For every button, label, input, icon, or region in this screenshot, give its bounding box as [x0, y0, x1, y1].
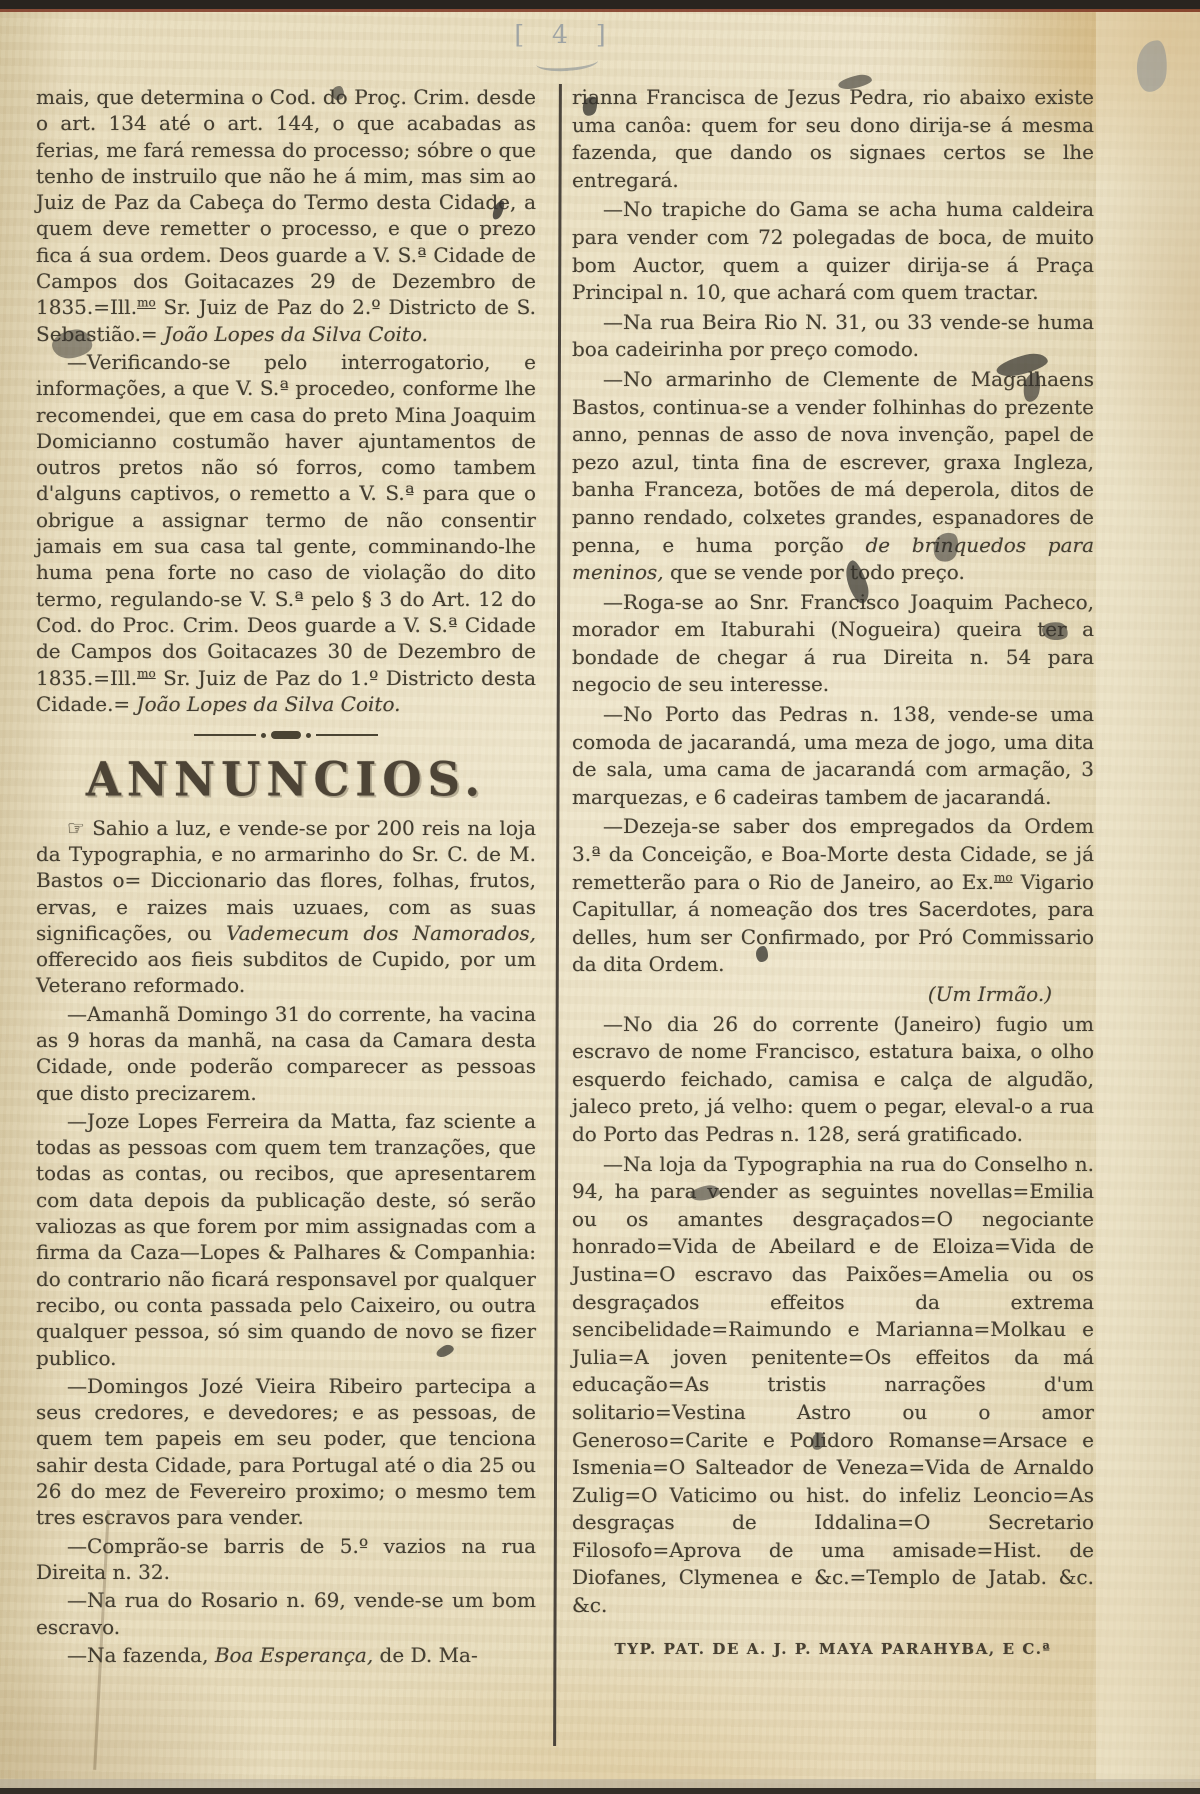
ad-novellas-typographia: —Na loja da Typographia na rua do Consel… [572, 1151, 1094, 1620]
ad-cadeirinha-beira-rio: —Na rua Beira Rio N. 31, ou 33 vende-se … [572, 309, 1094, 364]
right-margin [1096, 12, 1200, 1782]
ad-lopes-palhares: —Joze Lopes Ferreira da Matta, faz scien… [36, 1108, 536, 1371]
ad-diccionario-das-flores: ☞ Sahio a luz, e vende-se por 200 reis n… [36, 815, 536, 999]
scan-edge-top [0, 0, 1200, 9]
ad-caldeira-trapiche-gama: —No trapiche do Gama se acha huma caldei… [572, 196, 1094, 306]
pointing-hand-icon: ☞ [67, 816, 92, 840]
ad-escravo-fugido-francisco: —No dia 26 do corrente (Janeiro) fugio u… [572, 1011, 1094, 1149]
annuncios-heading: ANNUNCIOS. [36, 754, 536, 805]
ad-escravo-rua-rosario: —Na rua do Rosario n. 69, vende-se um bo… [36, 1587, 536, 1640]
scan-edge-top-red-line [0, 9, 1200, 12]
ad-vacina: —Amanhã Domingo 31 do corrente, ha vacin… [36, 1001, 536, 1106]
ad-roga-se-pacheco: —Roga-se ao Snr. Francisco Joaquim Pache… [572, 589, 1094, 699]
ad-fazenda-boa-esperanca-continuation: rianna Francisca de Jezus Pedra, rio aba… [572, 84, 1094, 194]
ad-barris-rua-direita: —Comprão-se barris de 5.º vazios na rua … [36, 1533, 536, 1586]
ad-armarinho-clemente-bastos: —No armarinho de Clemente de Magalhaens … [572, 366, 1094, 587]
attribution-um-irmao: (Um Irmão.) [572, 981, 1094, 1009]
ad-moveis-porto-das-pedras: —No Porto das Pedras n. 138, vende-se um… [572, 701, 1094, 811]
ad-domingos-ribeiro: —Domingos Jozé Vieira Ribeiro partecipa … [36, 1373, 536, 1531]
ad-fazenda-boa-esperanca: —Na fazenda, Boa Esperança, de D. Ma- [36, 1642, 536, 1668]
ink-stain [332, 86, 344, 100]
page-number-flourish [535, 51, 598, 73]
column-divider-rule [553, 84, 562, 1746]
letter-juiz-de-paz-continuation: mais, que determina o Cod. do Proç. Crim… [36, 84, 536, 347]
scan-edge-bottom [0, 1788, 1200, 1794]
section-divider-ornament [36, 731, 536, 739]
ink-stain [756, 946, 768, 962]
left-column: mais, que determina o Cod. do Proç. Crim… [36, 84, 536, 1670]
right-column: rianna Francisca de Jezus Pedra, rio aba… [572, 84, 1094, 1663]
typography-imprint-footer: TYP. PAT. DE A. J. P. MAYA PARAHYBA, E C… [572, 1636, 1094, 1664]
page-number: [ 4 ] [514, 20, 615, 49]
letter-interrogatorio: —Verificando-se pelo interrogatorio, e i… [36, 349, 536, 717]
newspaper-page: [ 4 ] mais, que determina o Cod. do Proç… [0, 0, 1200, 1794]
scan-edge-bottom-light [0, 1779, 1200, 1788]
ad-ordem-terceira-conceicao: —Dezeja-se saber dos empregados da Ordem… [572, 813, 1094, 979]
